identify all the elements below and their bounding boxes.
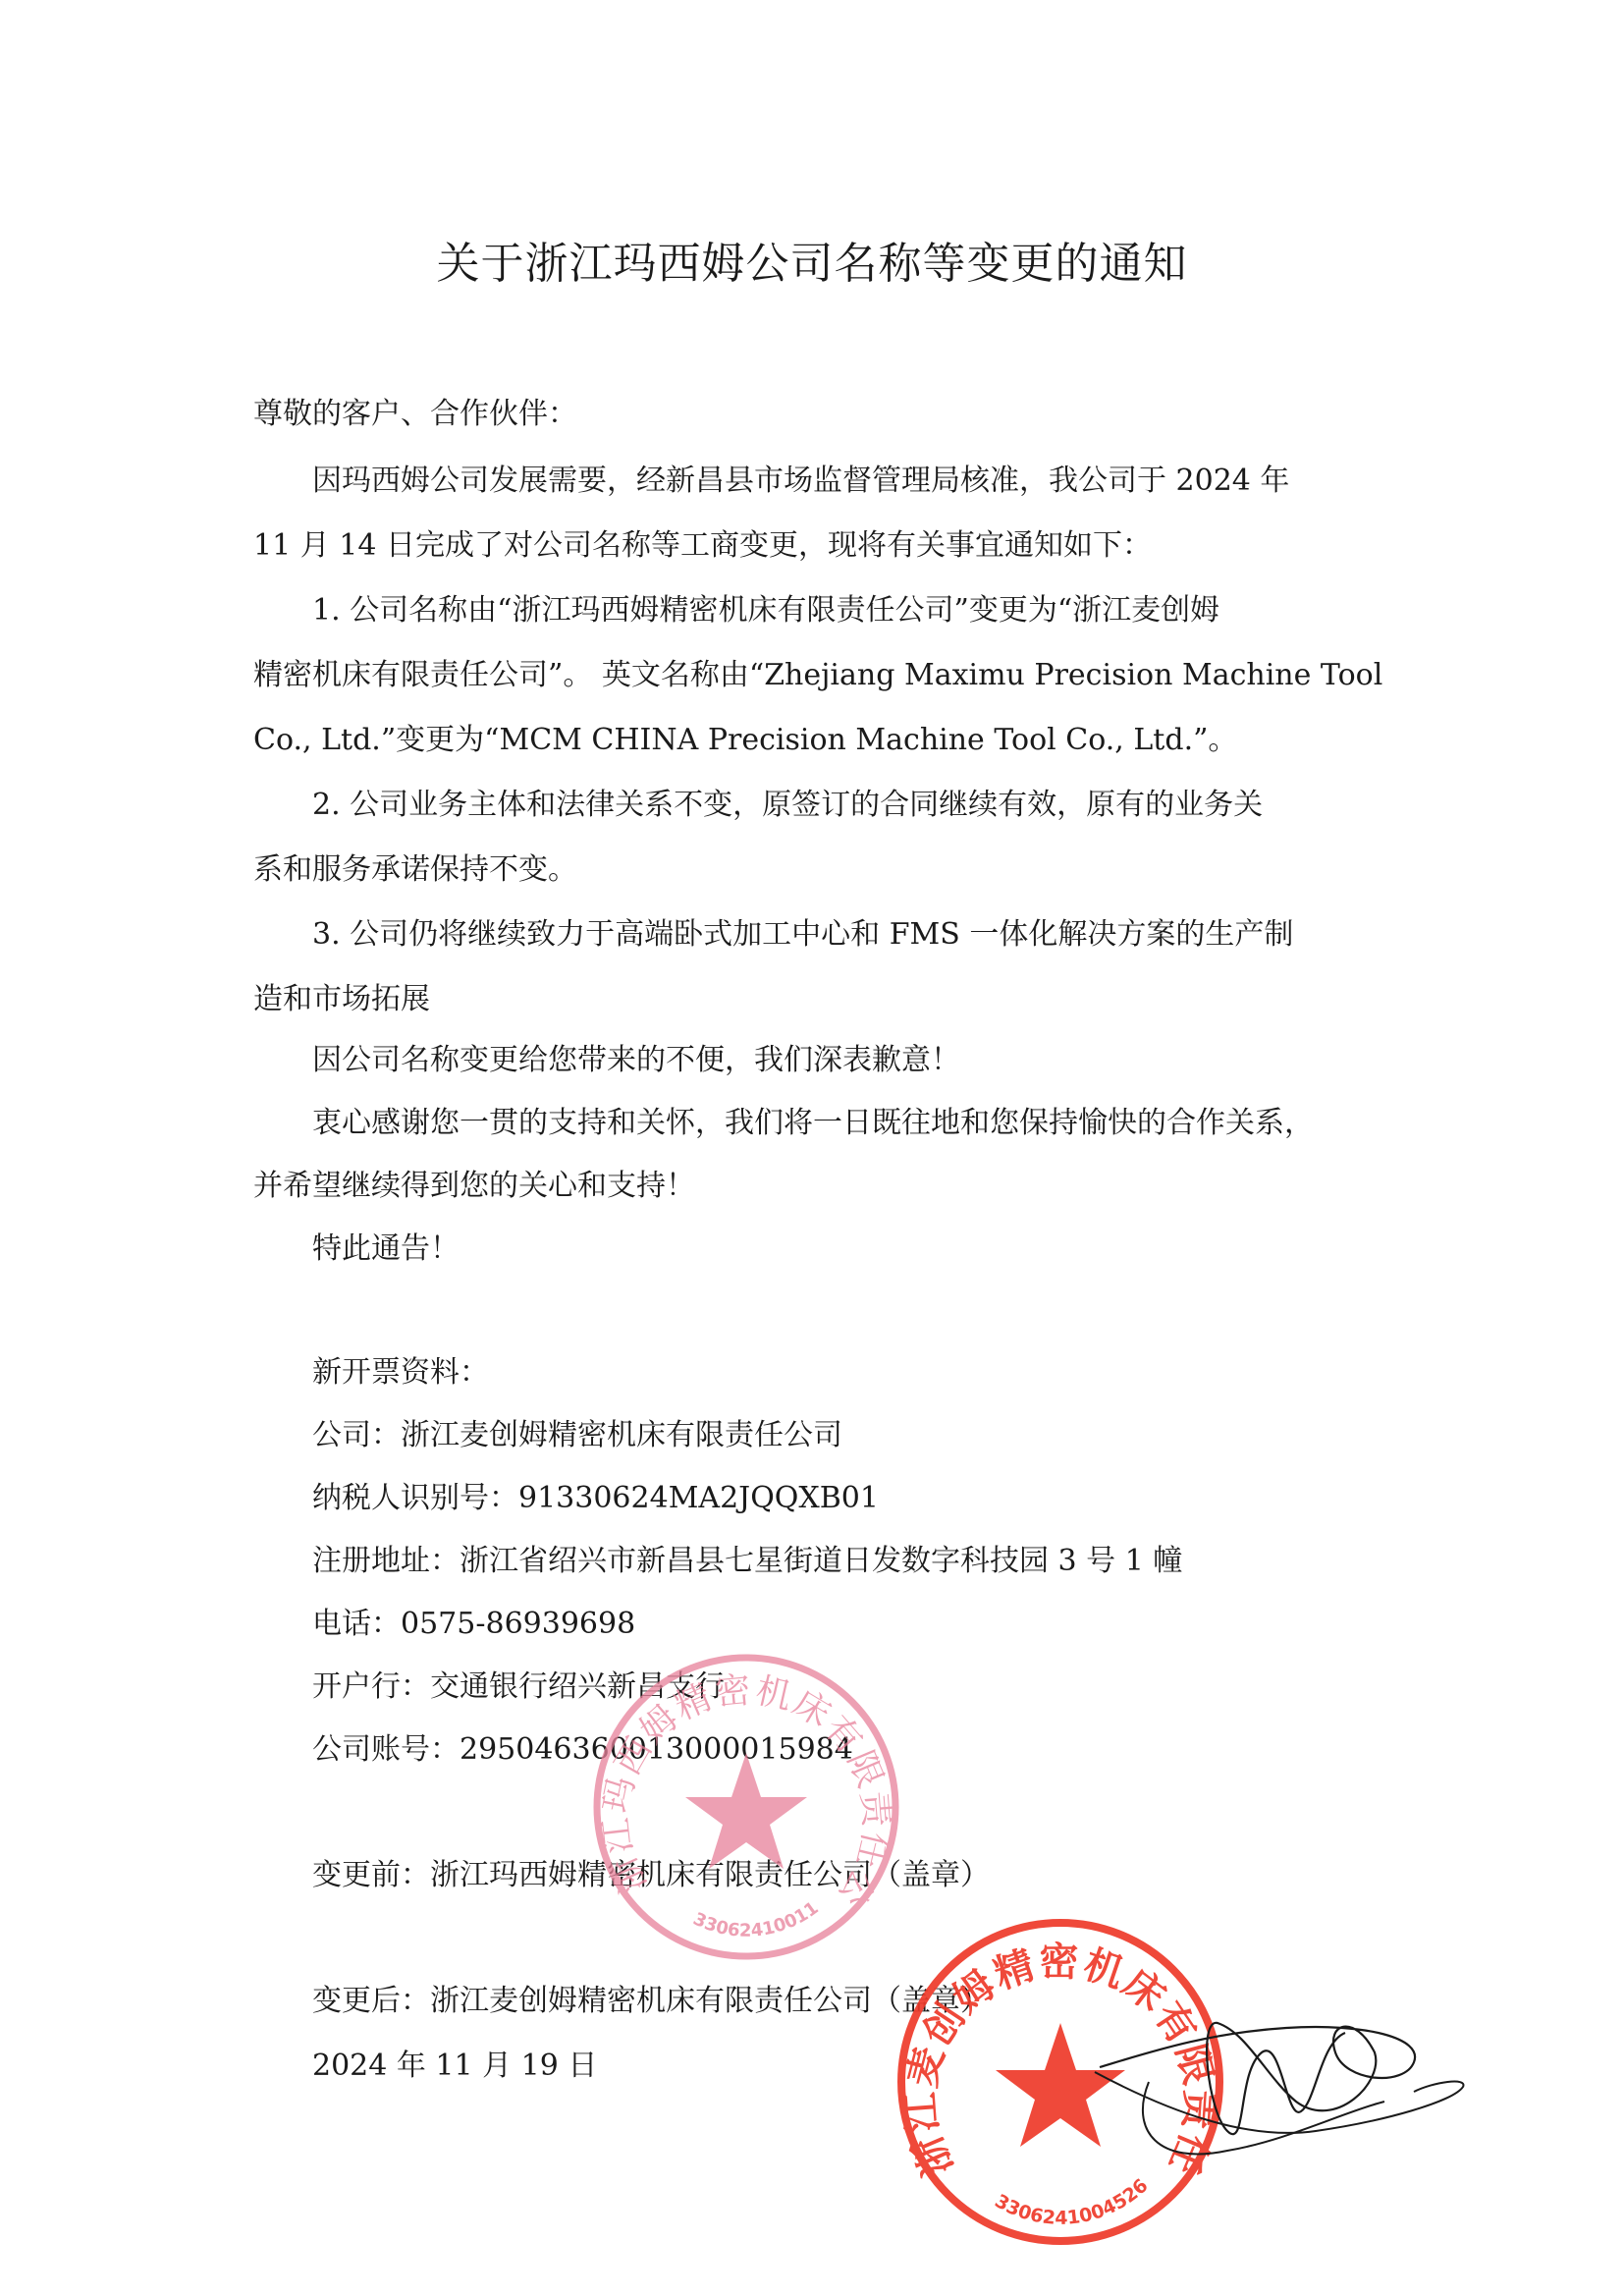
closing-text: 特此通告！ <box>312 1230 460 1269</box>
item-1-line-3: Co., Ltd.”变更为“MCM CHINA Precision Machin… <box>253 721 1237 760</box>
invoice-company: 公司：浙江麦创姆精密机床有限责任公司 <box>312 1416 842 1455</box>
invoice-tax-id: 纳税人识别号：91330624MA2JQQXB01 <box>312 1479 879 1518</box>
invoice-address: 注册地址：浙江省绍兴市新昌县七星街道日发数字科技园 3 号 1 幢 <box>312 1542 1182 1581</box>
item-2-line-2: 系和服务承诺保持不变。 <box>253 850 577 890</box>
invoice-phone: 电话：0575-86939698 <box>312 1605 635 1644</box>
seal-icon: 浙江玛西姆精密机床有限责任公司 33062410011 <box>589 1650 903 1964</box>
intro-line-1: 因玛西姆公司发展需要，经新昌县市场监督管理局核准，我公司于 2024 年 <box>312 462 1289 501</box>
old-company-seal: 浙江玛西姆精密机床有限责任公司 33062410011 <box>589 1650 903 1964</box>
apology-text: 因公司名称变更给您带来的不便，我们深表歉意！ <box>312 1041 960 1080</box>
intro-line-2: 11 月 14 日完成了对公司名称等工商变更，现将有关事宜通知如下： <box>253 526 1152 566</box>
item-3-line-1: 3. 公司仍将继续致力于高端卧式加工中心和 FMS 一体化解决方案的生产制 <box>312 915 1293 955</box>
thanks-line-2: 并希望继续得到您的关心和支持！ <box>253 1167 695 1206</box>
after-change-line: 变更后：浙江麦创姆精密机床有限责任公司（盖章） <box>312 1982 990 2021</box>
handwritten-signature <box>1090 1994 1483 2210</box>
invoice-heading: 新开票资料： <box>312 1353 489 1393</box>
item-1-line-1: 1. 公司名称由“浙江玛西姆精密机床有限责任公司”变更为“浙江麦创姆 <box>312 591 1219 630</box>
salutation: 尊敬的客户、合作伙伴： <box>253 395 577 434</box>
svg-text:33062410011: 33062410011 <box>690 1897 823 1941</box>
document-date: 2024 年 11 月 19 日 <box>312 2047 597 2086</box>
item-3-line-2: 造和市场拓展 <box>253 980 430 1019</box>
document-title: 关于浙江玛西姆公司名称等变更的通知 <box>0 228 1624 291</box>
thanks-line-1: 衷心感谢您一贯的支持和关怀，我们将一日既往地和您保持愉快的合作关系， <box>312 1104 1314 1143</box>
item-1-line-2: 精密机床有限责任公司”。 英文名称由“Zhejiang Maximu Preci… <box>253 656 1382 695</box>
item-2-line-1: 2. 公司业务主体和法律关系不变，原签订的合同继续有效，原有的业务关 <box>312 786 1263 825</box>
